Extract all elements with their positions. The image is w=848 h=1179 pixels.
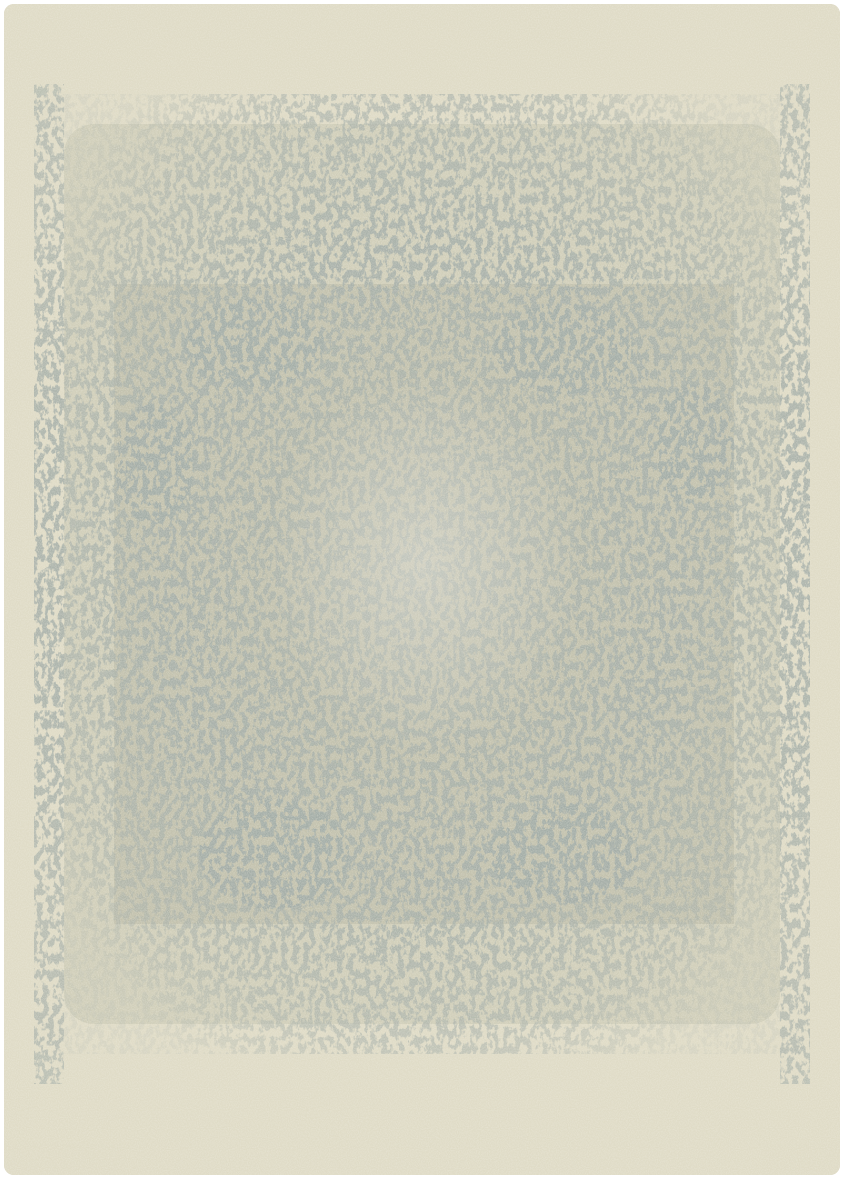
- rug-pattern: [4, 4, 840, 1175]
- rug: [4, 4, 840, 1175]
